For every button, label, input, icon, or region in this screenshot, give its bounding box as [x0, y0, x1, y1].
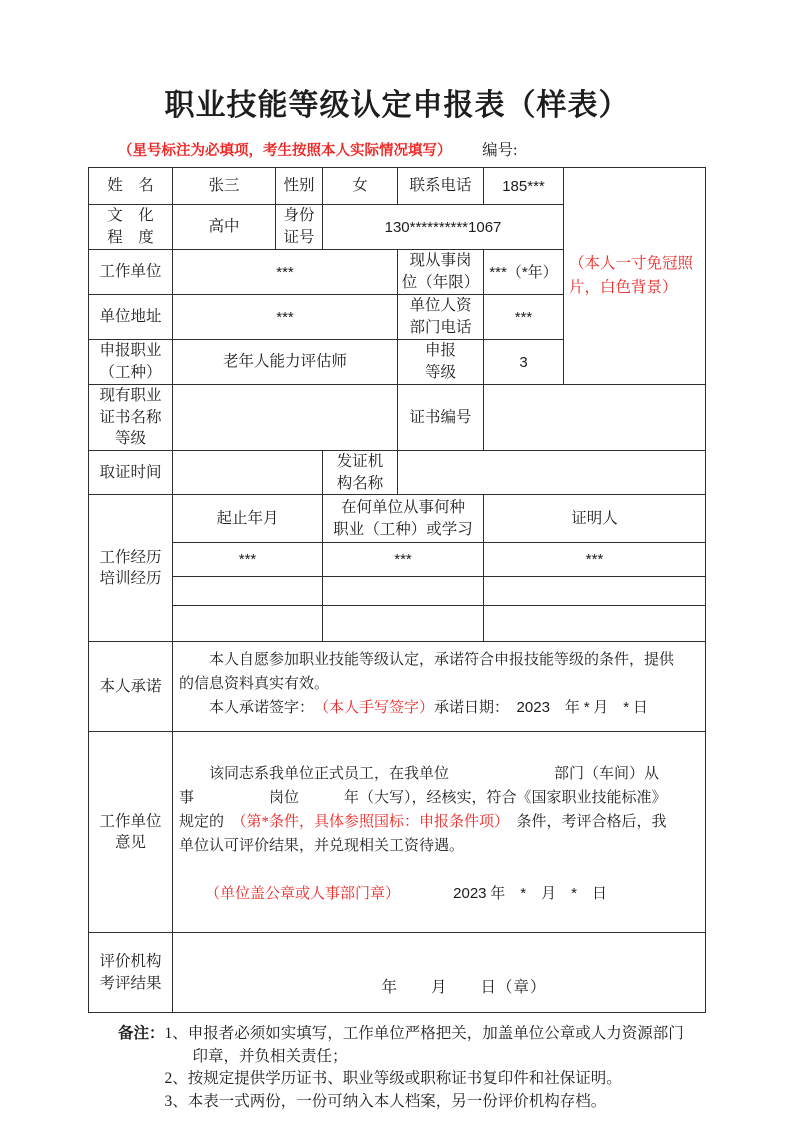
existing-cert-value-cell	[173, 385, 398, 451]
work-history-period-cell	[173, 577, 323, 606]
employer-label-cell: 工作单位	[89, 250, 173, 295]
phone-value-cell: 185***	[484, 168, 564, 205]
issuer-value-cell	[398, 451, 706, 495]
employer-opinion-content-cell: 该同志系我单位正式员工，在我单位 部门（车间）从 事 岗位 年（大写），经核实，…	[173, 732, 706, 933]
id-number-value-cell: 130**********1067	[323, 205, 564, 250]
gender-value-cell: 女	[323, 168, 398, 205]
note-item-2: 2、按规定提供学历证书、职业等级或职称证书复印件和社保证明。	[165, 1068, 684, 1091]
work-history-header-witness-cell: 证明人	[484, 495, 706, 543]
hr-phone-value-cell: ***	[484, 295, 564, 340]
notes-label: 备注：	[118, 1023, 165, 1113]
row-name: 姓 名 张三 性别 女 联系电话 185*** （本人一寸免冠照 片，白色背景）	[89, 168, 706, 205]
occupation-value-cell: 老年人能力评估师	[173, 340, 398, 385]
gender-label-cell: 性别	[276, 168, 323, 205]
employer-address-label-cell: 单位地址	[89, 295, 173, 340]
document-page: 职业技能等级认定申报表（样表） （星号标注为必填项，考生按照本人实际情况填写） …	[0, 0, 794, 1122]
work-history-row	[89, 606, 706, 642]
required-fields-note: （星号标注为必填项，考生按照本人实际情况填写）	[118, 143, 452, 159]
notes-list: 1、申报者必须如实填写，工作单位严格把关，加盖单位公章或人力资源部门 印章，并负…	[165, 1023, 684, 1113]
name-label-cell: 姓 名	[89, 168, 173, 205]
opinion-date: 2023 年 * 月 * 日	[453, 882, 607, 906]
note-item-3: 3、本表一式两份，一份可纳入本人档案，另一份评价机构存档。	[165, 1091, 684, 1114]
employer-opinion-label-cell: 工作单位 意见	[89, 732, 173, 933]
note-item-1: 1、申报者必须如实填写，工作单位严格把关，加盖单位公章或人力资源部门 印章，并负…	[165, 1023, 684, 1068]
evaluation-content-cell: 年 月 日（章）	[173, 933, 706, 1013]
work-history-row: *** *** ***	[89, 543, 706, 577]
commitment-content-cell: 本人自愿参加职业技能等级认定，承诺符合申报技能等级的条件，提供 的信息资料真实有…	[173, 642, 706, 732]
education-value-cell: 高中	[173, 205, 276, 250]
occupation-label-cell: 申报职业 （工种）	[89, 340, 173, 385]
work-history-witness-cell: ***	[484, 543, 706, 577]
education-label-cell: 文 化 程 度	[89, 205, 173, 250]
level-label-cell: 申报 等级	[398, 340, 484, 385]
photo-placeholder-cell: （本人一寸免冠照 片，白色背景）	[564, 168, 706, 385]
employer-address-value-cell: ***	[173, 295, 398, 340]
work-history-section-label-cell: 工作经历 培训经历	[89, 495, 173, 642]
employer-value-cell: ***	[173, 250, 398, 295]
page-title: 职业技能等级认定申报表（样表）	[0, 0, 794, 126]
work-history-witness-cell	[484, 577, 706, 606]
work-history-row	[89, 577, 706, 606]
current-post-value-cell: ***（*年）	[484, 250, 564, 295]
row-work-history-header: 工作经历 培训经历 起止年月 在何单位从事何种 职业（工种）或学习 证明人	[89, 495, 706, 543]
name-value-cell: 张三	[173, 168, 276, 205]
row-evaluation-result: 评价机构 考评结果 年 月 日（章）	[89, 933, 706, 1013]
application-form-table: 姓 名 张三 性别 女 联系电话 185*** （本人一寸免冠照 片，白色背景）…	[88, 167, 706, 1013]
id-number-label-cell: 身份 证号	[276, 205, 323, 250]
current-post-label-cell: 现从事岗 位（年限）	[398, 250, 484, 295]
notes-section: 备注： 1、申报者必须如实填写，工作单位严格把关，加盖单位公章或人力资源部门 印…	[118, 1023, 718, 1113]
work-history-header-period-cell: 起止年月	[173, 495, 323, 543]
work-history-detail-cell	[323, 606, 484, 642]
cert-date-value-cell	[173, 451, 323, 495]
row-existing-certificate: 现有职业 证书名称 等级 证书编号	[89, 385, 706, 451]
phone-label-cell: 联系电话	[398, 168, 484, 205]
subtitle-row: （星号标注为必填项，考生按照本人实际情况填写） 编号:	[0, 141, 794, 161]
issuer-label-cell: 发证机 构名称	[323, 451, 398, 495]
work-history-detail-cell	[323, 577, 484, 606]
employer-opinion-paragraph: 该同志系我单位正式员工，在我单位 部门（车间）从 事 岗位 年（大写），经核实，…	[179, 762, 699, 858]
cert-number-label-cell: 证书编号	[398, 385, 484, 451]
work-history-detail-cell: ***	[323, 543, 484, 577]
work-history-period-cell	[173, 606, 323, 642]
existing-cert-label-cell: 现有职业 证书名称 等级	[89, 385, 173, 451]
stamp-note: （单位盖公章或人事部门章）	[205, 882, 400, 906]
employer-opinion-stamp-row: （单位盖公章或人事部门章） 2023 年 * 月 * 日	[179, 882, 699, 906]
row-commitment: 本人承诺 本人自愿参加职业技能等级认定，承诺符合申报技能等级的条件，提供 的信息…	[89, 642, 706, 732]
hr-phone-label-cell: 单位人资 部门电话	[398, 295, 484, 340]
level-value-cell: 3	[484, 340, 564, 385]
cert-number-value-cell	[484, 385, 706, 451]
evaluation-label-cell: 评价机构 考评结果	[89, 933, 173, 1013]
work-history-witness-cell	[484, 606, 706, 642]
row-employer-opinion: 工作单位 意见 该同志系我单位正式员工，在我单位 部门（车间）从 事 岗位 年（…	[89, 732, 706, 933]
serial-number-label: 编号:	[482, 142, 517, 159]
commitment-label-cell: 本人承诺	[89, 642, 173, 732]
work-history-period-cell: ***	[173, 543, 323, 577]
evaluation-date-placeholder: 年 月 日（章）	[381, 977, 546, 999]
work-history-header-detail-cell: 在何单位从事何种 职业（工种）或学习	[323, 495, 484, 543]
cert-date-label-cell: 取证时间	[89, 451, 173, 495]
row-certificate-date: 取证时间 发证机 构名称	[89, 451, 706, 495]
